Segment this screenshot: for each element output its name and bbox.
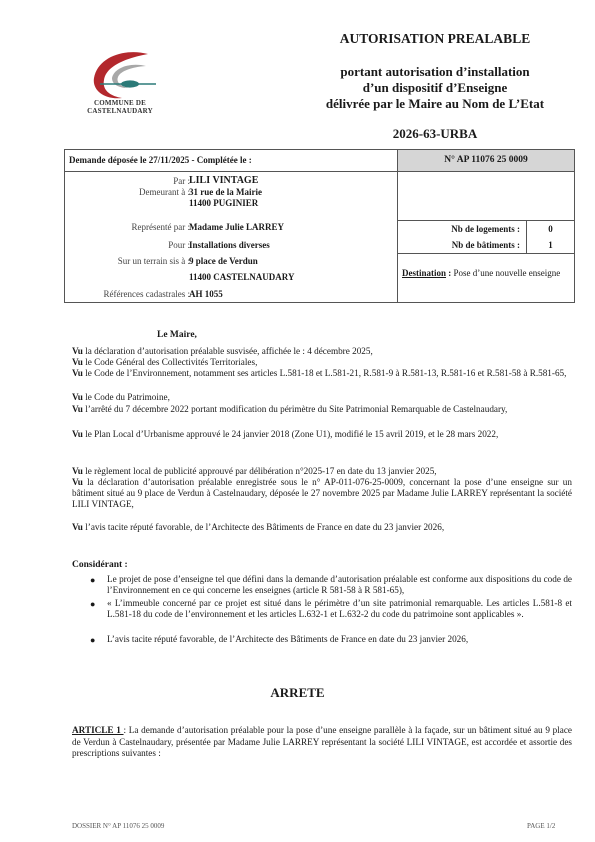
subtitle-line: portant autorisation d’installation bbox=[290, 64, 580, 80]
building-stats: Nb de logements : 0 Nb de bâtiments : 1 bbox=[398, 220, 574, 254]
row-value: 9 place de Verdun bbox=[189, 255, 258, 267]
table-row: Pour : Installations diverses bbox=[65, 239, 398, 251]
arrete-heading: ARRETE bbox=[0, 685, 595, 701]
vu-clause: Vu le règlement local de publicité appro… bbox=[72, 466, 572, 477]
stat-label: Nb de logements : bbox=[398, 221, 527, 237]
table-row: Sur un terrain sis à : 9 place de Verdun bbox=[65, 255, 398, 267]
document-title: AUTORISATION PREALABLE bbox=[290, 31, 580, 47]
vu-clause: Vu l’arrêté du 7 décembre 2022 portant m… bbox=[72, 404, 572, 415]
destination-value: Pose d’une nouvelle enseigne bbox=[454, 268, 561, 278]
commune-name-line2: CASTELNAUDARY bbox=[70, 107, 170, 115]
article-1-label: ARTICLE 1 bbox=[72, 725, 124, 735]
row-value: Madame Julie LARREY bbox=[189, 221, 284, 233]
row-label: Représenté par : bbox=[132, 221, 190, 233]
destination: Destination : Pose d’une nouvelle enseig… bbox=[402, 267, 572, 279]
bullet-icon: ● bbox=[90, 575, 95, 585]
considerant-item: Le projet de pose d’enseigne tel que déf… bbox=[107, 574, 572, 596]
bullet-icon: ● bbox=[90, 599, 95, 609]
bullet-icon: ● bbox=[90, 635, 95, 645]
le-maire-heading: Le Maire, bbox=[157, 330, 197, 340]
commune-name: COMMUNE DE CASTELNAUDARY bbox=[70, 99, 170, 115]
row-value: AH 1055 bbox=[189, 288, 223, 300]
article-1-text: : La demande d’autorisation préalable po… bbox=[72, 725, 572, 758]
row-label: Pour : bbox=[168, 239, 190, 251]
stat-row-logements: Nb de logements : 0 bbox=[398, 221, 574, 237]
article-1: ARTICLE 1 : La demande d’autorisation pr… bbox=[72, 725, 572, 760]
vu-clause: Vu le Plan Local d’Urbanisme approuvé le… bbox=[72, 429, 572, 440]
stat-value: 0 bbox=[527, 221, 574, 237]
stat-value: 1 bbox=[527, 237, 574, 253]
vu-clause: Vu l’avis tacite réputé favorable, de l’… bbox=[72, 522, 572, 533]
request-info-table: Demande déposée le 27/11/2025 - Complété… bbox=[64, 149, 575, 303]
footer-dossier-number: DOSSIER N° AP 11076 25 0009 bbox=[72, 822, 164, 830]
vu-clause: Vu le Code du Patrimoine, bbox=[72, 392, 572, 403]
subtitle-line: d’un dispositif d’Enseigne bbox=[290, 80, 580, 96]
destination-label: Destination bbox=[402, 268, 446, 278]
footer-page-number: PAGE 1/2 bbox=[527, 822, 555, 830]
vu-clause: Vu le Code Général des Collectivités Ter… bbox=[72, 357, 572, 368]
applicant-details: Par : LILI VINTAGE Demeurant à : 31 rue … bbox=[65, 172, 398, 302]
considerant-heading: Considérant : bbox=[72, 560, 128, 570]
reference-code: 2026-63-URBA bbox=[290, 126, 580, 142]
row-label: Sur un terrain sis à : bbox=[118, 255, 190, 267]
table-row: 11400 CASTELNAUDARY bbox=[65, 271, 398, 283]
row-value: 11400 CASTELNAUDARY bbox=[189, 271, 294, 283]
stat-label: Nb de bâtiments : bbox=[398, 237, 527, 253]
file-number: N° AP 11076 25 0009 bbox=[398, 150, 574, 172]
considerant-item: « L’immeuble concerné par ce projet est … bbox=[107, 598, 572, 620]
considerant-item: L’avis tacite réputé favorable, de l’Arc… bbox=[107, 634, 572, 645]
table-row: 11400 PUGINIER bbox=[65, 197, 398, 209]
table-row: Références cadastrales : AH 1055 bbox=[65, 288, 398, 300]
stat-row-batiments: Nb de bâtiments : 1 bbox=[398, 237, 574, 253]
vu-clause: Vu la déclaration d’autorisation préalab… bbox=[72, 346, 572, 357]
row-value: 11400 PUGINIER bbox=[189, 197, 258, 209]
commune-name-line1: COMMUNE DE bbox=[70, 99, 170, 107]
subtitle-line: délivrée par le Maire au Nom de L’Etat bbox=[290, 96, 580, 112]
row-value: Installations diverses bbox=[189, 239, 270, 251]
document-subtitle: portant autorisation d’installation d’un… bbox=[290, 64, 580, 112]
request-date-line: Demande déposée le 27/11/2025 - Complété… bbox=[65, 150, 398, 172]
table-row: Représenté par : Madame Julie LARREY bbox=[65, 221, 398, 233]
vu-clause: Vu le Code de l’Environnement, notamment… bbox=[72, 368, 572, 379]
vu-clause: Vu la déclaration d’autorisation préalab… bbox=[72, 477, 572, 511]
row-label: Références cadastrales : bbox=[104, 288, 190, 300]
